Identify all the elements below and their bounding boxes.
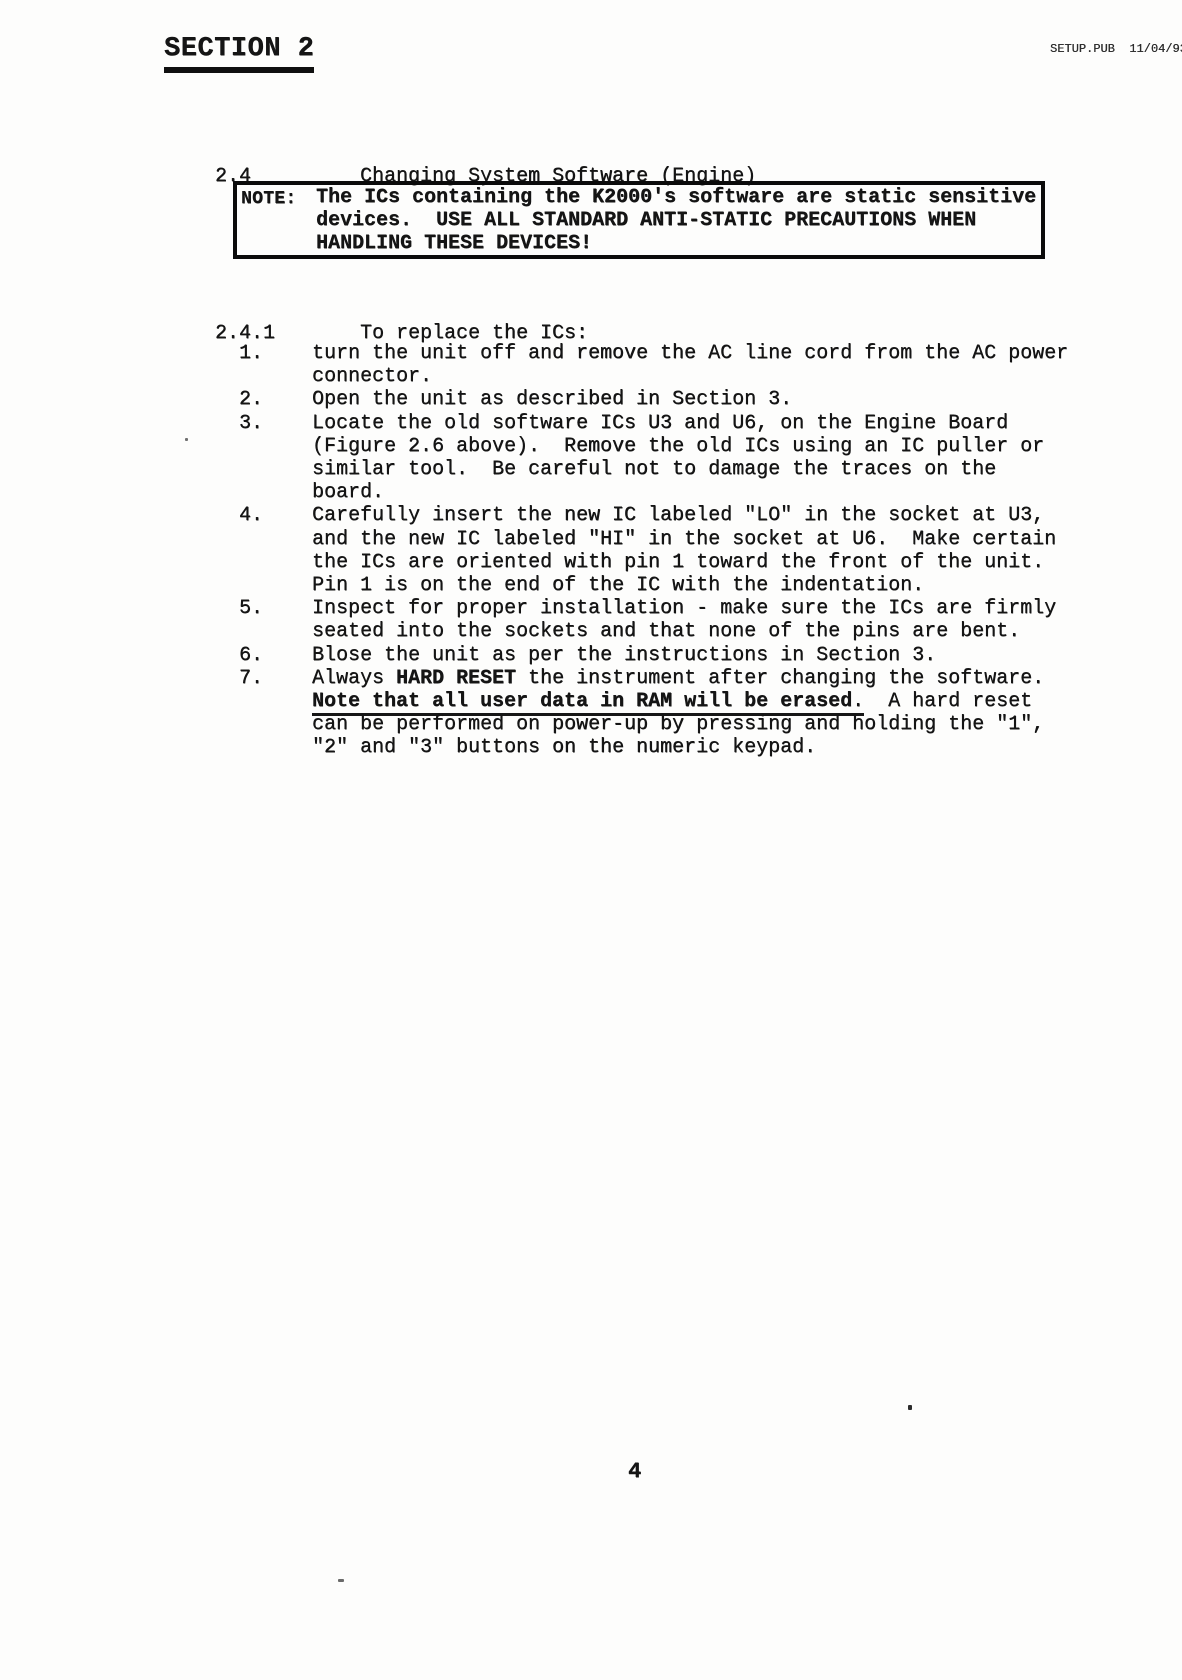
procedure-line: similar tool. Be careful not to damage t… xyxy=(312,458,1044,481)
procedure-line: board. xyxy=(312,481,1044,504)
text-segment: the instrument after changing the softwa… xyxy=(516,667,1044,690)
procedure-item-number: 6. xyxy=(239,644,312,667)
procedure-line: Always HARD RESET the instrument after c… xyxy=(312,667,1044,690)
procedure-item: 7.Always HARD RESET the instrument after… xyxy=(239,667,1068,760)
note-text: The ICs containing the K2000's software … xyxy=(316,185,1041,256)
document-page: SECTION 2 SETUP.PUB 11/04/93 2.4Changing… xyxy=(0,0,1182,1680)
note-line: HANDLING THESE DEVICES! xyxy=(316,232,1041,255)
text-segment: "2" and "3" buttons on the numeric keypa… xyxy=(312,736,816,759)
doc-ref: SETUP.PUB 11/04/93 xyxy=(1050,42,1182,56)
procedure-item-number: 1. xyxy=(239,342,312,388)
procedure-line: the ICs are oriented with pin 1 toward t… xyxy=(312,551,1056,574)
procedure-item-text: Inspect for proper installation - make s… xyxy=(312,597,1056,643)
page-number: 4 xyxy=(628,1459,641,1484)
text-segment: Always xyxy=(312,667,396,690)
note-line: devices. USE ALL STANDARD ANTI-STATIC PR… xyxy=(316,209,1041,232)
procedure-line: Blose the unit as per the instructions i… xyxy=(312,644,936,667)
procedure-item: 2.Open the unit as described in Section … xyxy=(239,388,1068,411)
scan-speck xyxy=(338,1579,344,1582)
procedure-item-text: Always HARD RESET the instrument after c… xyxy=(312,667,1044,760)
procedure-item-number: 5. xyxy=(239,597,312,643)
text-segment: board. xyxy=(312,481,384,504)
scan-speck xyxy=(185,438,188,441)
procedure-item: 6.Blose the unit as per the instructions… xyxy=(239,644,1068,667)
text-segment: HARD RESET xyxy=(396,667,516,690)
text-segment: Inspect for proper installation - make s… xyxy=(312,597,1056,620)
procedure-item-text: Locate the old software ICs U3 and U6, o… xyxy=(312,412,1044,505)
procedure-item: 4.Carefully insert the new IC labeled "L… xyxy=(239,504,1068,597)
text-segment: Blose the unit as per the instructions i… xyxy=(312,644,936,667)
text-segment: Locate the old software ICs U3 and U6, o… xyxy=(312,412,1008,435)
procedure-line: turn the unit off and remove the AC line… xyxy=(312,342,1068,365)
text-segment: the ICs are oriented with pin 1 toward t… xyxy=(312,551,1044,574)
procedure-item-text: turn the unit off and remove the AC line… xyxy=(312,342,1068,388)
procedure-line: Open the unit as described in Section 3. xyxy=(312,388,792,411)
procedure-item: 5.Inspect for proper installation - make… xyxy=(239,597,1068,643)
text-segment: similar tool. Be careful not to damage t… xyxy=(312,458,996,481)
text-segment: can be performed on power-up by pressing… xyxy=(312,713,1044,736)
procedure-line: Pin 1 is on the end of the IC with the i… xyxy=(312,574,1056,597)
procedure-line: Note that all user data in RAM will be e… xyxy=(312,690,1044,713)
procedure-item: 3.Locate the old software ICs U3 and U6,… xyxy=(239,412,1068,505)
procedure-item-text: Carefully insert the new IC labeled "LO"… xyxy=(312,504,1056,597)
scan-speck xyxy=(908,1405,912,1410)
note-box: NOTE: The ICs containing the K2000's sof… xyxy=(233,181,1045,259)
procedure-item-number: 4. xyxy=(239,504,312,597)
text-segment: A hard reset xyxy=(864,690,1032,713)
procedure-item: 1.turn the unit off and remove the AC li… xyxy=(239,342,1068,388)
text-segment: and the new IC labeled "HI" in the socke… xyxy=(312,528,1056,551)
procedure-line: Locate the old software ICs U3 and U6, o… xyxy=(312,412,1044,435)
procedure-item-number: 7. xyxy=(239,667,312,760)
text-segment: (Figure 2.6 above). Remove the old ICs u… xyxy=(312,435,1044,458)
text-segment: . xyxy=(852,690,864,716)
procedure-list: 1.turn the unit off and remove the AC li… xyxy=(239,342,1068,760)
text-segment: Pin 1 is on the end of the IC with the i… xyxy=(312,574,924,597)
procedure-line: "2" and "3" buttons on the numeric keypa… xyxy=(312,736,1044,759)
text-segment: turn the unit off and remove the AC line… xyxy=(312,342,1068,365)
procedure-item-number: 2. xyxy=(239,388,312,411)
text-segment: Carefully insert the new IC labeled "LO"… xyxy=(312,504,1044,527)
procedure-line: and the new IC labeled "HI" in the socke… xyxy=(312,528,1056,551)
procedure-line: connector. xyxy=(312,365,1068,388)
text-segment: connector. xyxy=(312,365,432,388)
text-segment: Note that all user data in RAM will be e… xyxy=(312,690,852,716)
procedure-line: Inspect for proper installation - make s… xyxy=(312,597,1056,620)
text-segment: seated into the sockets and that none of… xyxy=(312,620,1020,643)
procedure-line: seated into the sockets and that none of… xyxy=(312,620,1056,643)
section-banner: SECTION 2 xyxy=(164,33,314,73)
text-segment: Open the unit as described in Section 3. xyxy=(312,388,792,411)
procedure-item-number: 3. xyxy=(239,412,312,505)
procedure-item-text: Open the unit as described in Section 3. xyxy=(312,388,792,411)
procedure-line: can be performed on power-up by pressing… xyxy=(312,713,1044,736)
note-line: The ICs containing the K2000's software … xyxy=(316,186,1041,209)
procedure-line: Carefully insert the new IC labeled "LO"… xyxy=(312,504,1056,527)
procedure-line: (Figure 2.6 above). Remove the old ICs u… xyxy=(312,435,1044,458)
note-label: NOTE: xyxy=(241,189,297,209)
procedure-item-text: Blose the unit as per the instructions i… xyxy=(312,644,936,667)
